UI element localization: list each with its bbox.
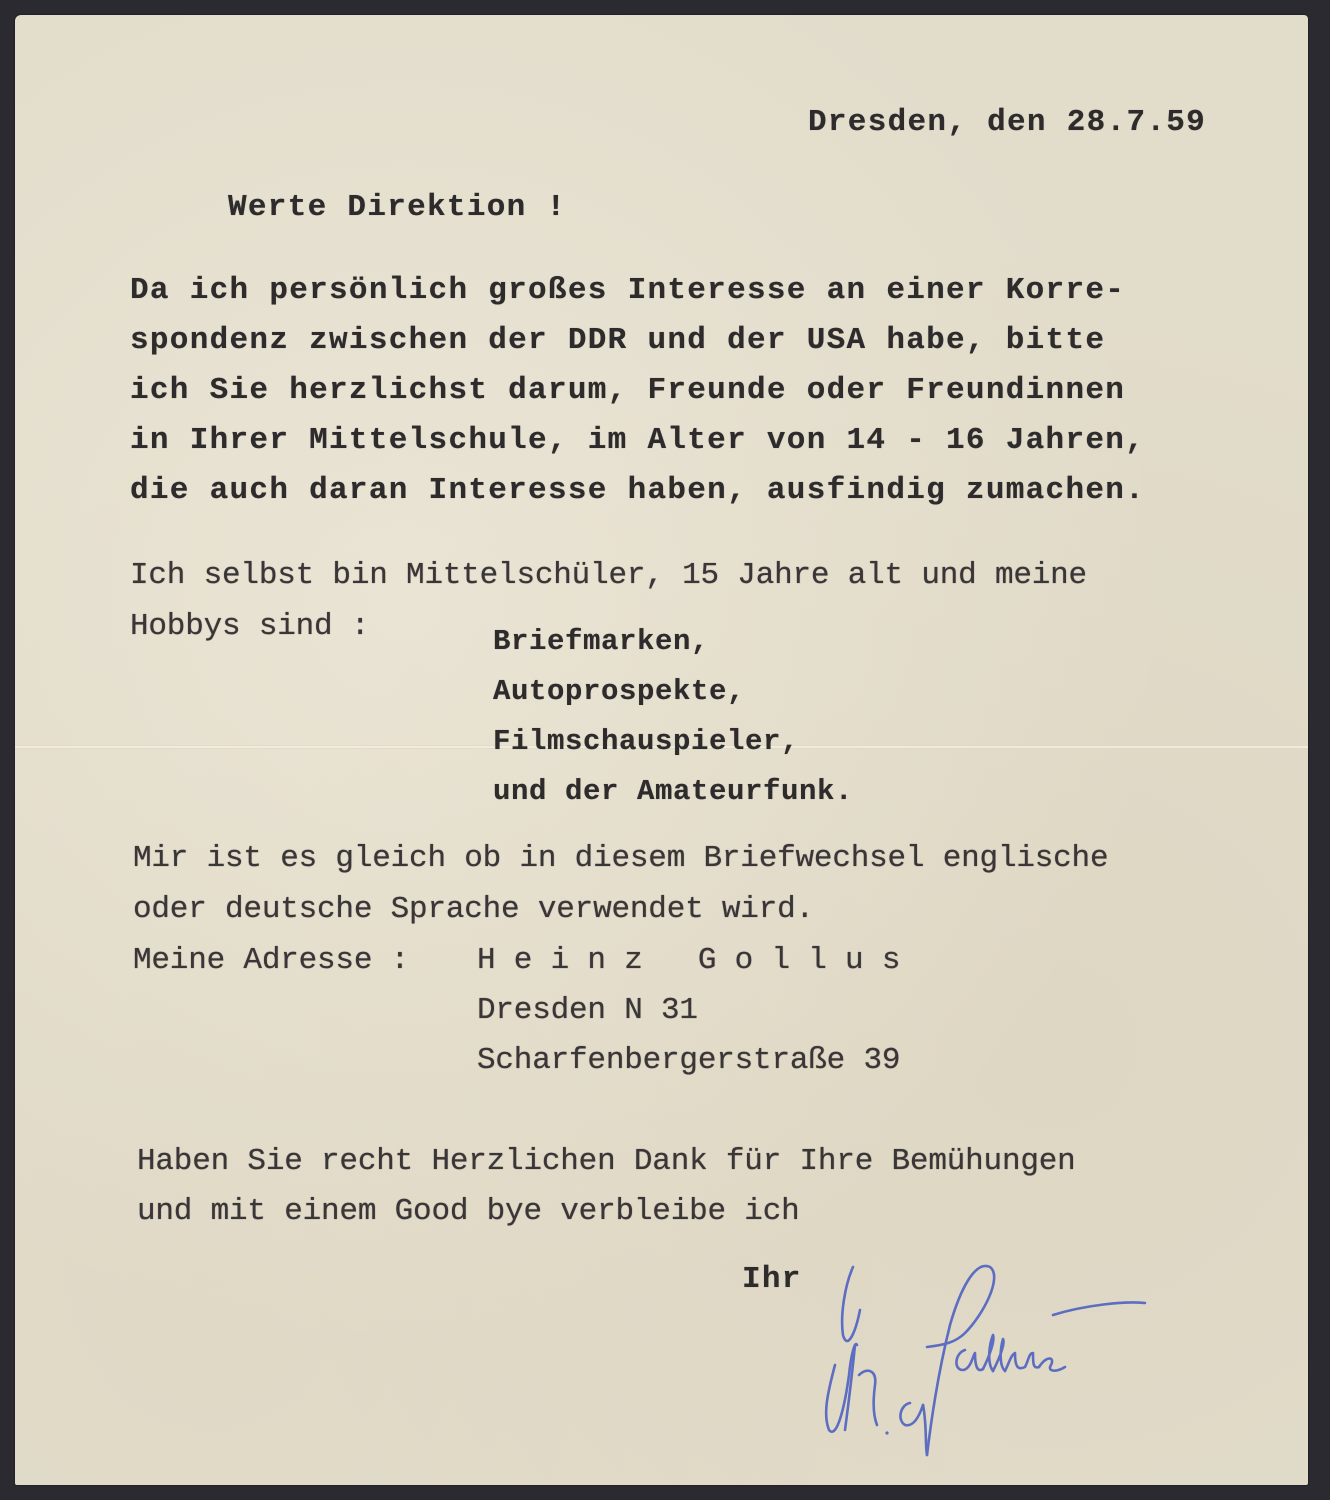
hobbies-label: Hobbys sind : [130,611,369,642]
address-name: H e i n z G o l l u s [477,945,900,976]
hobby-item: und der Amateurfunk. [493,777,853,806]
closing-line: und mit einem Good bye verbleibe ich [137,1196,800,1227]
letter-date: Dresden, den 28.7.59 [808,107,1206,138]
handwritten-signature [815,1255,1175,1465]
hobby-item: Autoprospekte, [493,677,745,706]
paragraph-line: Da ich persönlich großes Interesse an ei… [130,275,1125,306]
paragraph-line: spondenz zwischen der DDR und der USA ha… [130,325,1105,356]
hobby-item: Filmschauspieler, [493,727,799,756]
paragraph-line: Mir ist es gleich ob in diesem Briefwech… [133,843,1108,874]
closing-line: Haben Sie recht Herzlichen Dank für Ihre… [137,1146,1076,1177]
paragraph-line: Ich selbst bin Mittelschüler, 15 Jahre a… [130,560,1087,591]
paragraph-line: die auch daran Interesse haben, ausfindi… [130,475,1145,506]
address-street: Scharfenbergerstraße 39 [477,1045,900,1076]
hobby-item: Briefmarken, [493,627,709,656]
paragraph-line: in Ihrer Mittelschule, im Alter von 14 -… [130,425,1145,456]
address-city: Dresden N 31 [477,995,698,1026]
sign-off: Ihr [742,1264,802,1295]
paragraph-line: oder deutsche Sprache verwendet wird. [133,894,814,925]
paragraph-line: ich Sie herzlichst darum, Freunde oder F… [130,375,1125,406]
address-label: Meine Adresse : [133,945,409,976]
letter-salutation: Werte Direktion ! [228,192,566,223]
